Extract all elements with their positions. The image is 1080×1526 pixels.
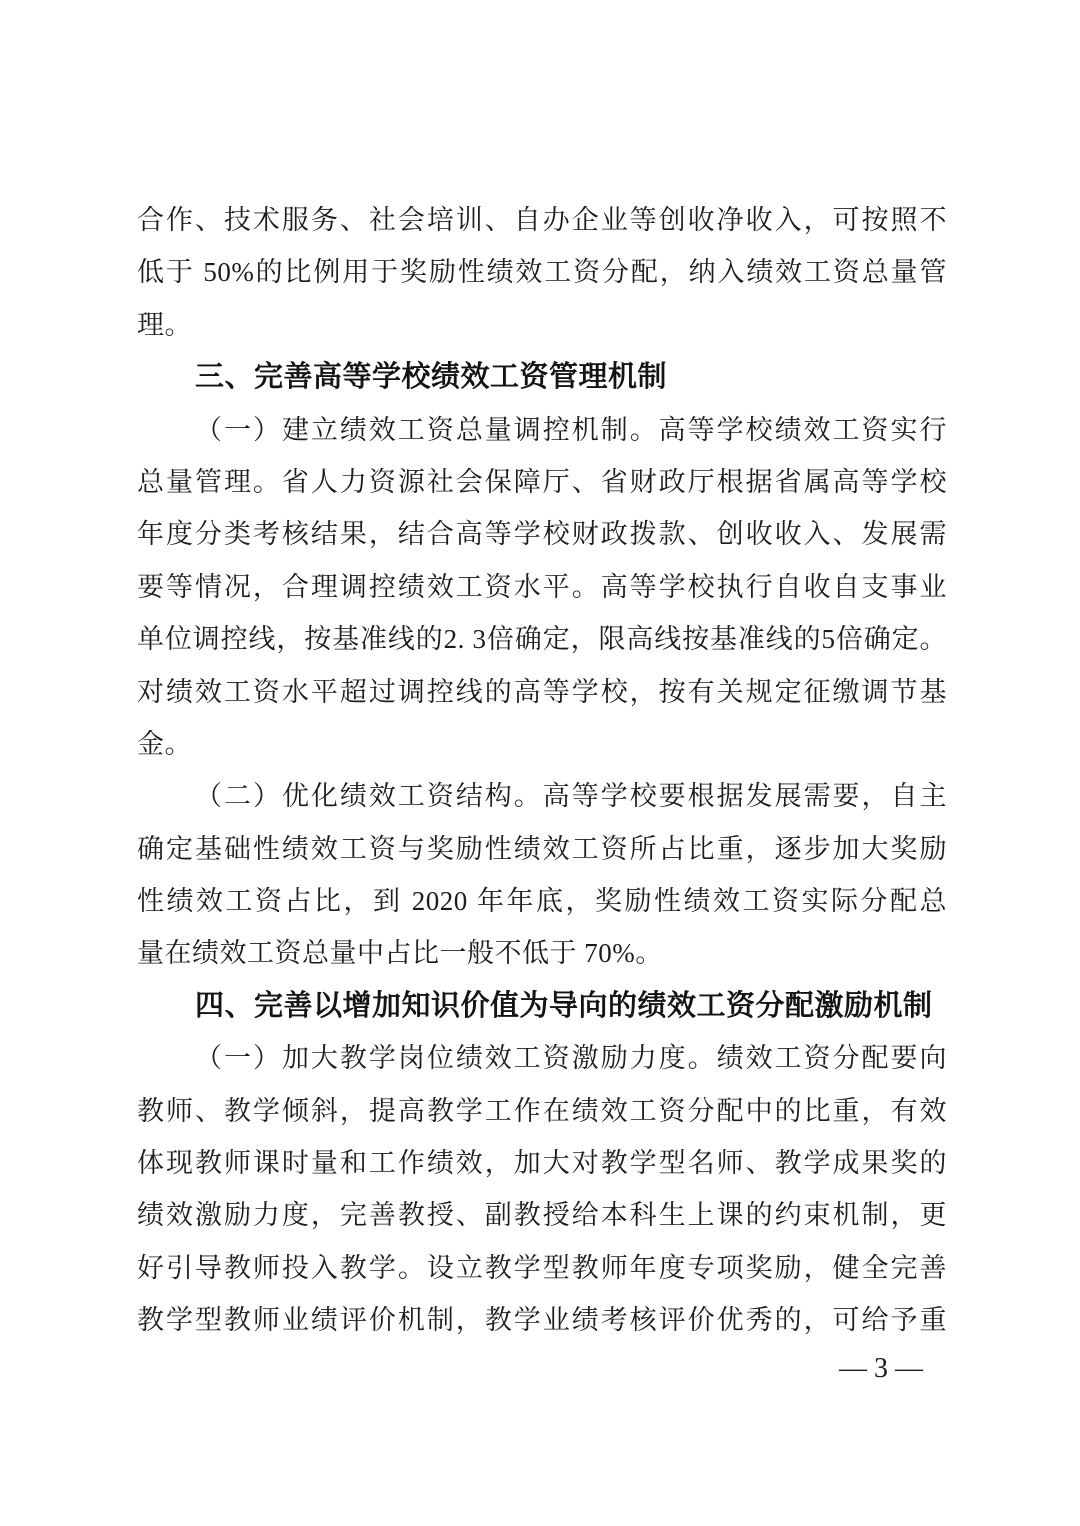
text-line: 对绩效工资水平超过调控线的高等学校，按有关规定征缴调节基 xyxy=(137,666,947,718)
text-line: 低于 50%的比例用于奖励性绩效工资分配，纳入绩效工资总量管 xyxy=(137,246,947,298)
text-line: 量在绩效工资总量中占比一般不低于 70%。 xyxy=(137,927,947,979)
text-line: 确定基础性绩效工资与奖励性绩效工资所占比重，逐步加大奖励 xyxy=(137,823,947,875)
text-line: （一）加大教学岗位绩效工资激励力度。绩效工资分配要向 xyxy=(137,1032,947,1084)
section-heading: 三、完善高等学校绩效工资管理机制 xyxy=(137,351,947,403)
text-line: 性绩效工资占比，到 2020 年年底，奖励性绩效工资实际分配总 xyxy=(137,875,947,927)
section-heading: 四、完善以增加知识价值为导向的绩效工资分配激励机制 xyxy=(137,980,947,1032)
document-body: 合作、技术服务、社会培训、自办企业等创收净收入，可按照不低于 50%的比例用于奖… xyxy=(137,194,947,1347)
text-line: 单位调控线，按基准线的2. 3倍确定，限高线按基准线的5倍确定。 xyxy=(137,613,947,665)
page-number: — 3 — xyxy=(839,1352,923,1386)
text-line: 理。 xyxy=(137,299,947,351)
text-line: 年度分类考核结果，结合高等学校财政拨款、创收收入、发展需 xyxy=(137,508,947,560)
text-line: （二）优化绩效工资结构。高等学校要根据发展需要，自主 xyxy=(137,770,947,822)
text-line: 总量管理。省人力资源社会保障厅、省财政厅根据省属高等学校 xyxy=(137,456,947,508)
text-line: 体现教师课时量和工作绩效，加大对教学型名师、教学成果奖的 xyxy=(137,1137,947,1189)
text-line: 绩效激励力度，完善教授、副教授给本科生上课的约束机制，更 xyxy=(137,1189,947,1241)
text-line: 好引导教师投入教学。设立教学型教师年度专项奖励，健全完善 xyxy=(137,1242,947,1294)
text-line: 合作、技术服务、社会培训、自办企业等创收净收入，可按照不 xyxy=(137,194,947,246)
text-line: 金。 xyxy=(137,718,947,770)
text-line: 要等情况，合理调控绩效工资水平。高等学校执行自收自支事业 xyxy=(137,561,947,613)
text-line: 教师、教学倾斜，提高教学工作在绩效工资分配中的比重，有效 xyxy=(137,1085,947,1137)
document-page: 合作、技术服务、社会培训、自办企业等创收净收入，可按照不低于 50%的比例用于奖… xyxy=(0,0,1080,1526)
text-line: （一）建立绩效工资总量调控机制。高等学校绩效工资实行 xyxy=(137,404,947,456)
text-line: 教学型教师业绩评价机制，教学业绩考核评价优秀的，可给予重 xyxy=(137,1294,947,1346)
